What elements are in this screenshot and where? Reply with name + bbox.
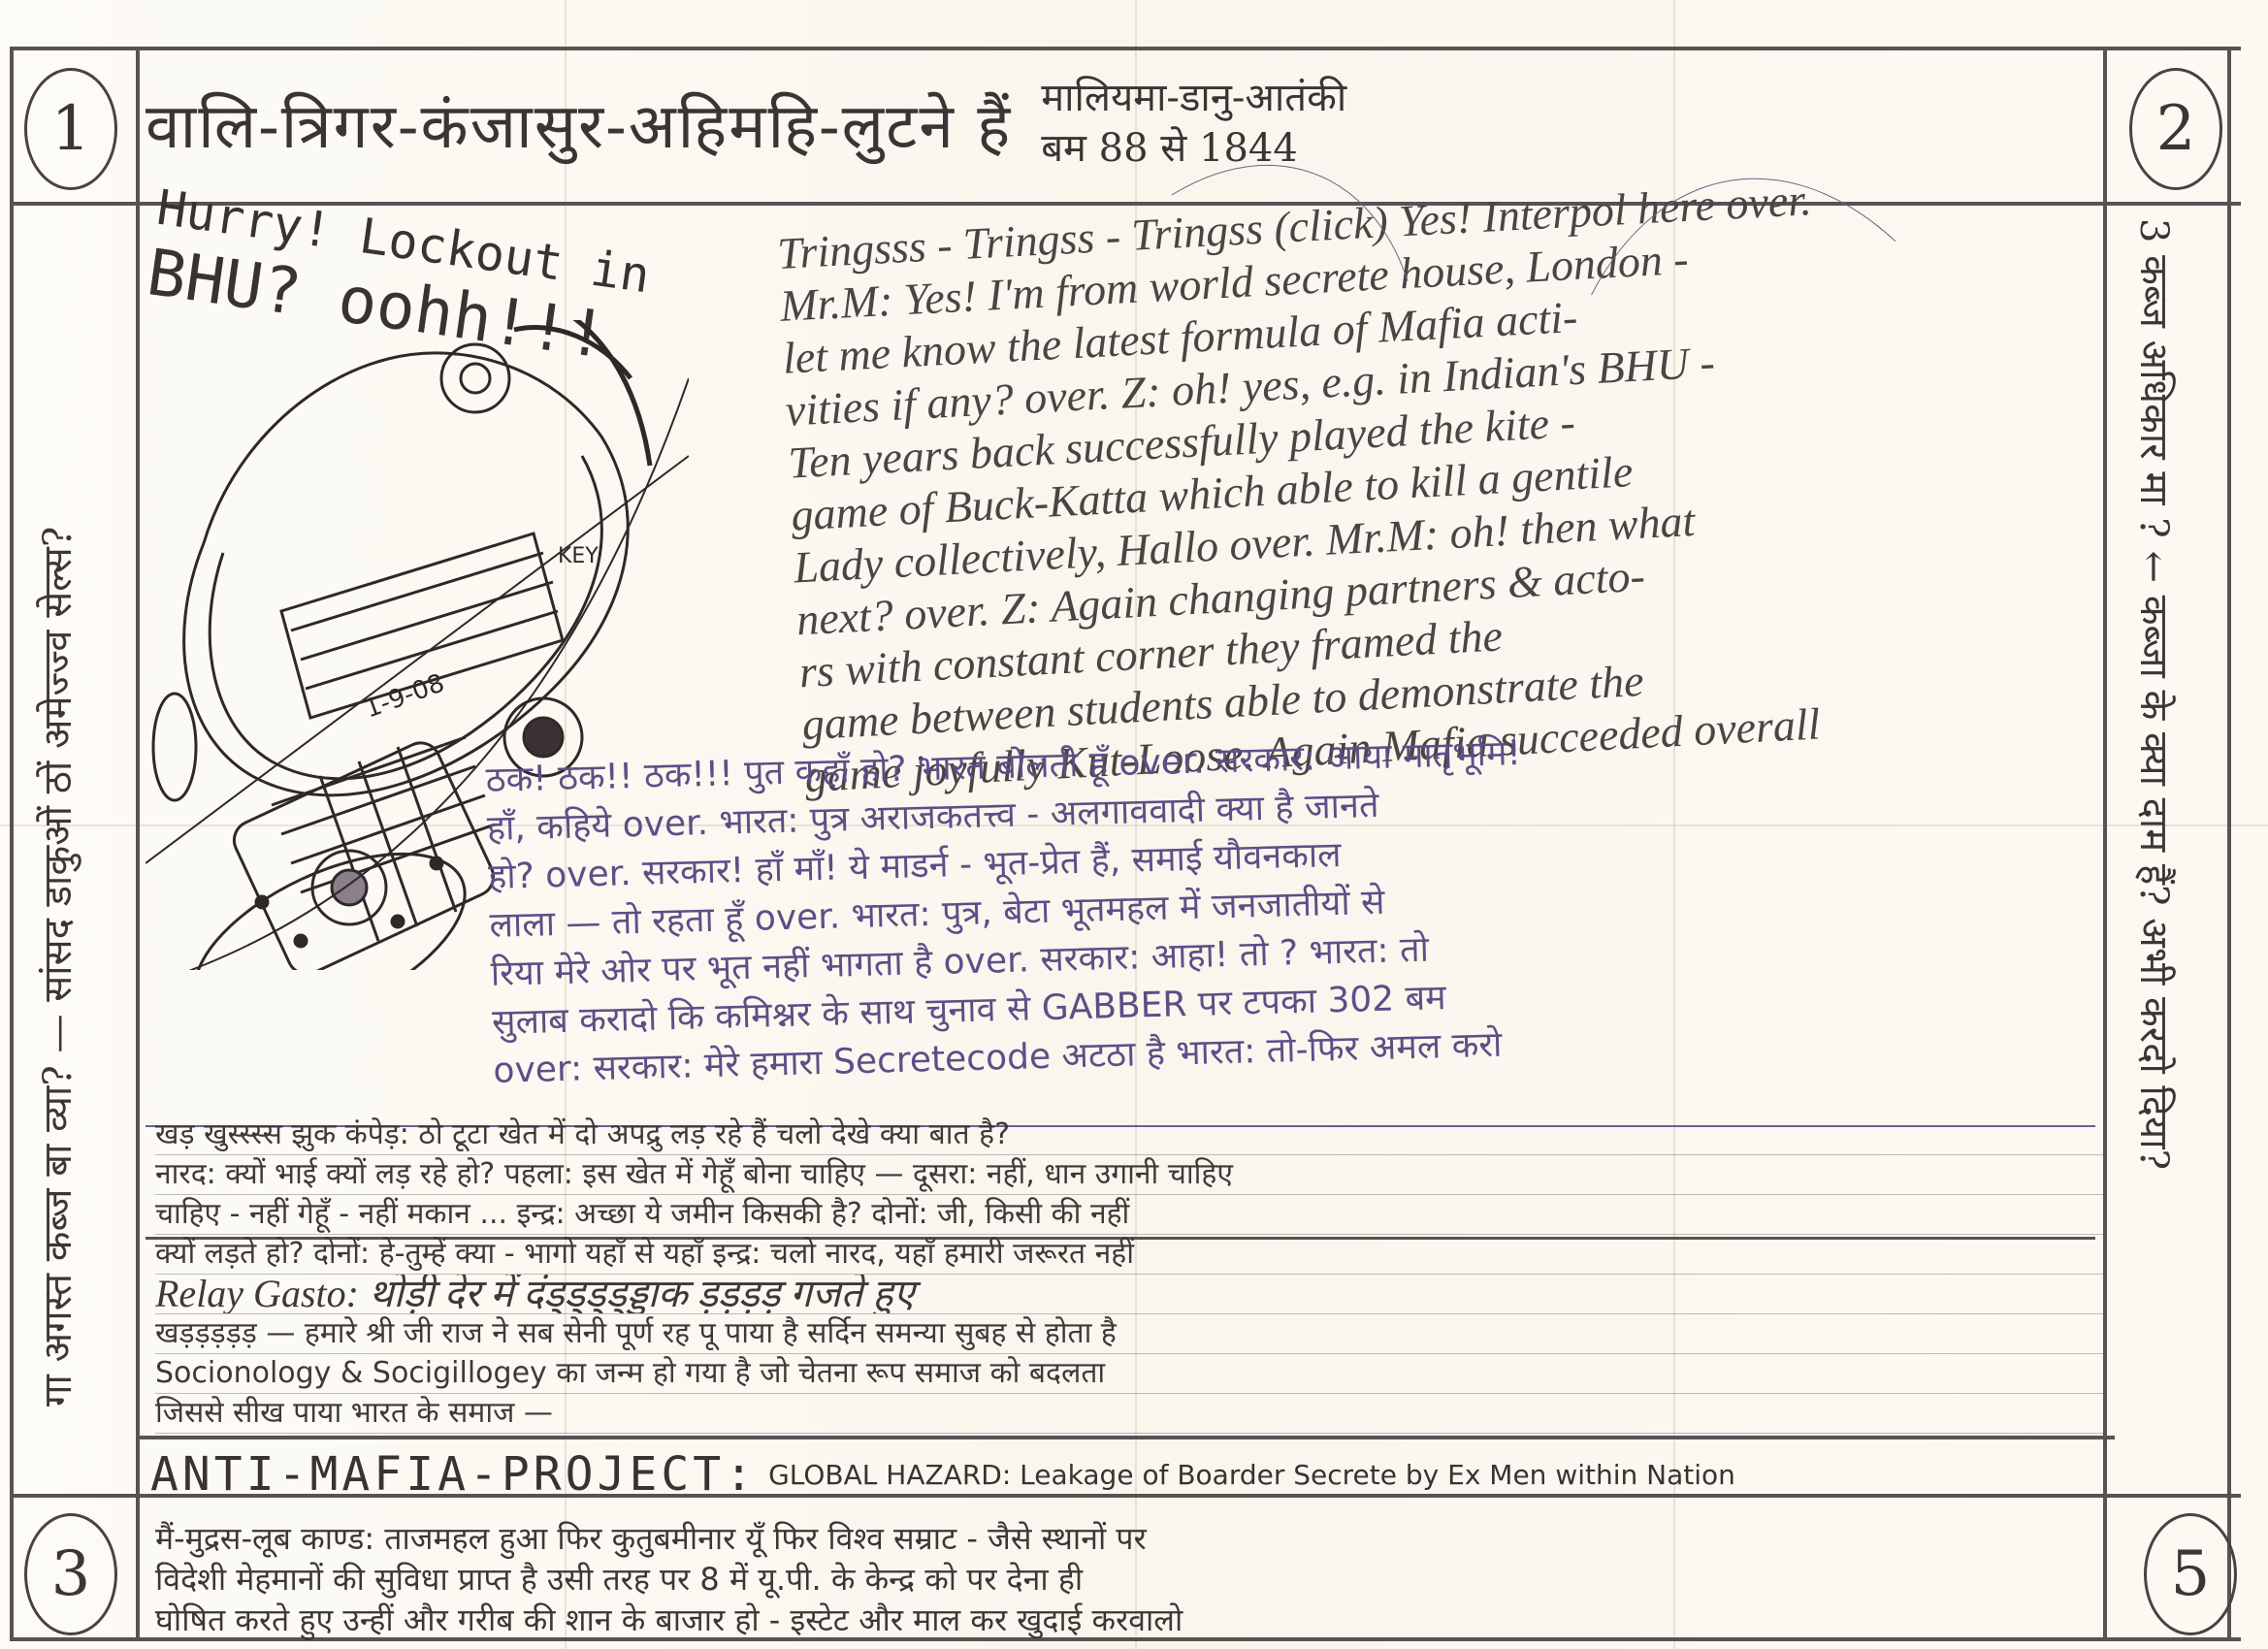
header-right-line-2: बम 88 से 1844: [1041, 123, 1346, 174]
story-line: खड़ खुस्स्स्स झुक कंपेड़: ठो टूटा खेत मे…: [155, 1115, 2105, 1155]
story-line: चाहिए - नहीं गेहूँ - नहीं मकान ... इन्द्…: [155, 1195, 2105, 1235]
footer-line: मैं-मुद्रस-लूब काण्ड: ताजमहल हुआ फिर कुत…: [155, 1518, 2086, 1559]
anti-mafia-banner: ANTI-MAFIA-PROJECT: GLOBAL HAZARD: Leaka…: [150, 1445, 2110, 1503]
hindi-story: खड़ खुस्स्स्स झुक कंपेड़: ठो टूटा खेत मे…: [155, 1115, 2105, 1434]
page-number-1: 1: [24, 68, 117, 190]
page-number-3: 3: [24, 1513, 117, 1635]
left-margin-text: गा अगस्त कब्ज बा व्या? — सांसद डाकुओं ठो…: [29, 527, 82, 1406]
header-right-note: मालियमा-डानु-आतंकी बम 88 से 1844: [1041, 73, 1346, 174]
scanned-page: 1 2 3 5 वालि-त्रिगर-कंजासुर-अहिमहि-लुटने…: [0, 0, 2268, 1649]
page-number-5: 5: [2144, 1513, 2237, 1635]
story-line: खड़ड़ड़ड़ड़ — हमारे श्री जी राज ने सब से…: [155, 1314, 2105, 1354]
header-right-line-1: मालियमा-डानु-आतंकी: [1041, 73, 1346, 123]
banner-divider-top: [136, 1436, 2115, 1439]
sketch-date-label: 1-9-08: [361, 668, 448, 724]
story-line: जिससे सीख पाया भारत के समाज —: [155, 1394, 2105, 1434]
right-margin-text: 3 कब्ज अधिकार मा ? ← कब्जा के क्या दाम ह…: [2129, 218, 2183, 1170]
page-number-2: 2: [2129, 68, 2222, 190]
story-line: नारद: क्यों भाई क्यों लड़ रहे हो? पहला: …: [155, 1155, 2105, 1195]
footer-line: विदेशी मेहमानों की सुविधा प्राप्त है उसी…: [155, 1559, 2086, 1600]
footer-line: घोषित करते हुए उन्हीं और गरीब की शान के …: [155, 1600, 2086, 1640]
border-right: [2227, 47, 2231, 1641]
sketch-key-label: KEY: [558, 544, 599, 568]
story-line: क्यों लड़ते हो? दोनों: हे-तुम्हें क्या -…: [155, 1235, 2105, 1275]
story-line: Socionology & Socigillogey का जन्म हो गय…: [155, 1354, 2105, 1394]
border-left: [10, 47, 14, 1641]
header-title: वालि-त्रिगर-कंजासुर-अहिमहि-लुटने हैं: [146, 81, 1012, 166]
banner-subtitle: GLOBAL HAZARD: Leakage of Boarder Secret…: [768, 1459, 1735, 1491]
story-line relay-line: Relay Gasto: थोड़ी देर में दंड्ड्ड्ड्ड्ड…: [155, 1275, 2105, 1314]
footer-paragraph: मैं-मुद्रस-लूब काण्ड: ताजमहल हुआ फिर कुत…: [155, 1518, 2086, 1640]
margin-left-line: [136, 47, 140, 1641]
banner-title: ANTI-MAFIA-PROJECT:: [150, 1447, 757, 1502]
